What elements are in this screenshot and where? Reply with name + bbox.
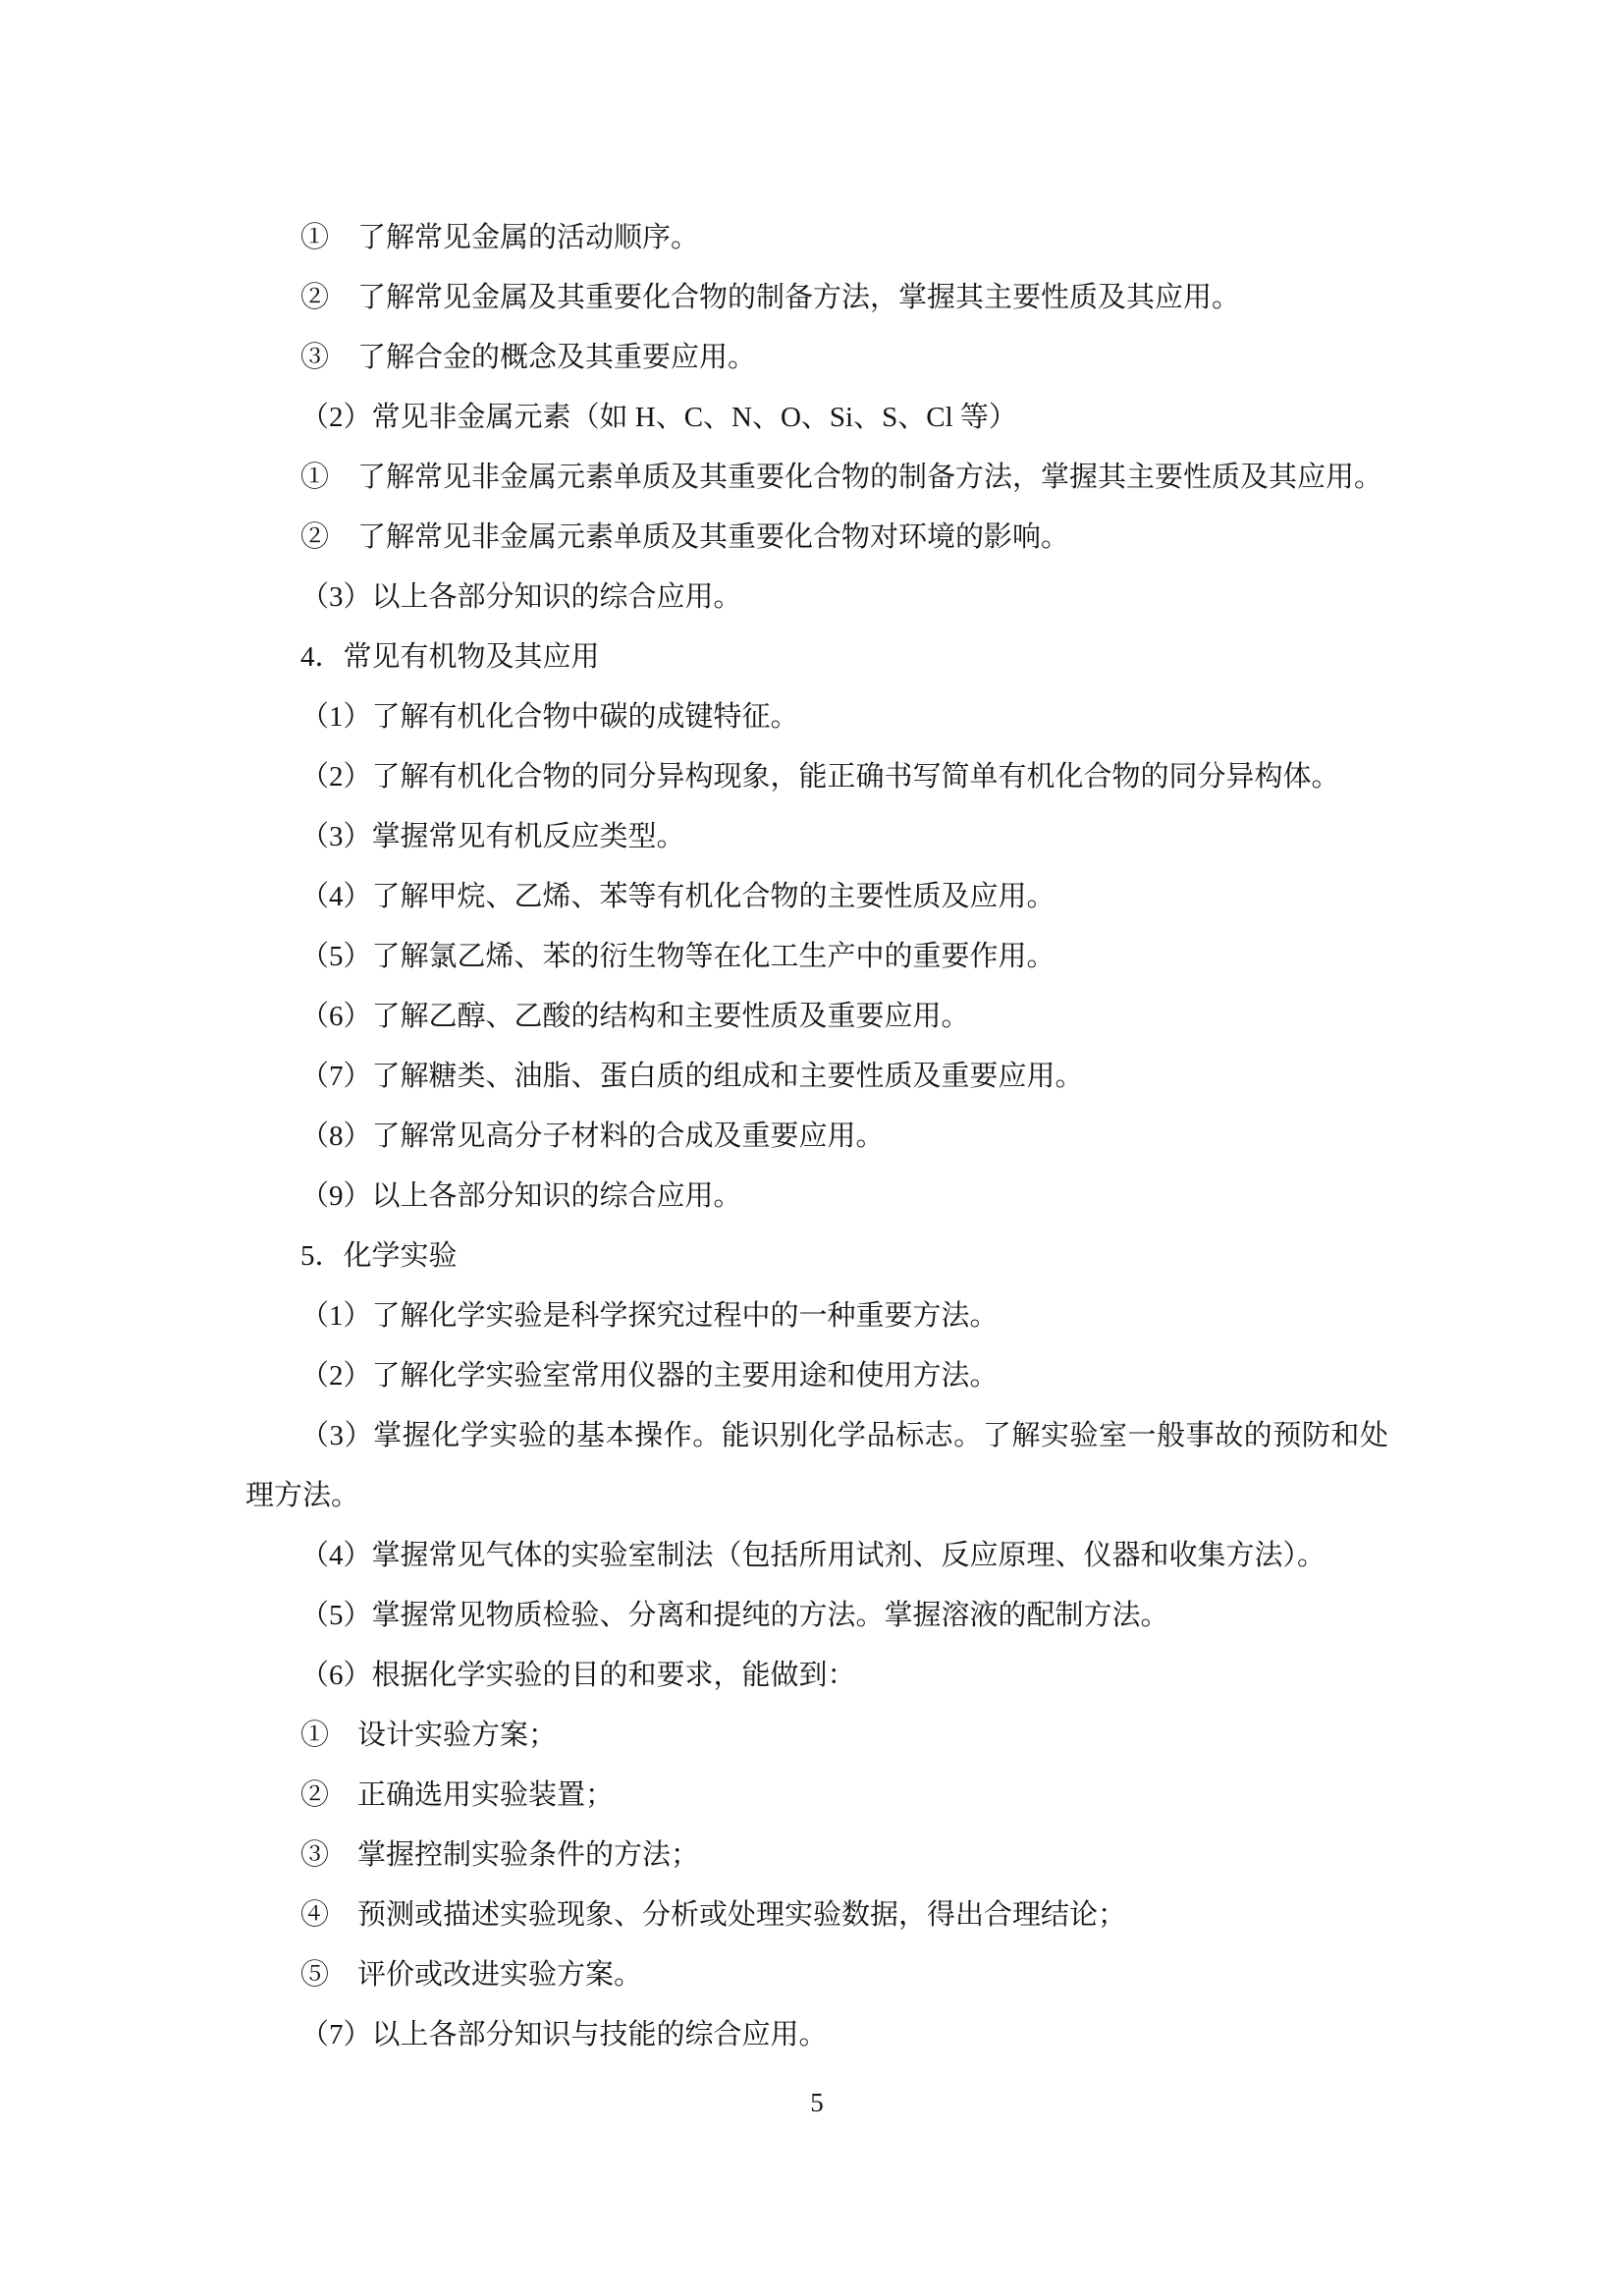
doc-paragraph: （2）了解有机化合物的同分异构现象，能正确书写简单有机化合物的同分异构体。 <box>245 747 1388 807</box>
doc-paragraph: ④ 预测或描述实验现象、分析或处理实验数据，得出合理结论； <box>245 1886 1388 1945</box>
doc-paragraph: （3）掌握化学实验的基本操作。能识别化学品标志。了解实验室一般事故的预防和处理方… <box>245 1406 1388 1526</box>
doc-paragraph: （5）掌握常见物质检验、分离和提纯的方法。掌握溶液的配制方法。 <box>245 1586 1388 1646</box>
doc-paragraph: （9）以上各部分知识的综合应用。 <box>245 1167 1388 1227</box>
doc-paragraph: ① 设计实验方案； <box>245 1706 1388 1766</box>
doc-paragraph: （6）根据化学实验的目的和要求，能做到： <box>245 1646 1388 1706</box>
doc-paragraph: （1）了解化学实验是科学探究过程中的一种重要方法。 <box>245 1286 1388 1346</box>
doc-paragraph: （4）了解甲烷、乙烯、苯等有机化合物的主要性质及应用。 <box>245 867 1388 927</box>
doc-paragraph: ② 了解常见金属及其重要化合物的制备方法，掌握其主要性质及其应用。 <box>245 268 1388 328</box>
document-page: ① 了解常见金属的活动顺序。 ② 了解常见金属及其重要化合物的制备方法，掌握其主… <box>0 0 1623 2296</box>
document-body: ① 了解常见金属的活动顺序。 ② 了解常见金属及其重要化合物的制备方法，掌握其主… <box>245 208 1388 2065</box>
doc-section-heading: 4．常见有机物及其应用 <box>245 628 1388 687</box>
page-number: 5 <box>245 2086 1388 2119</box>
doc-paragraph: ② 正确选用实验装置； <box>245 1766 1388 1826</box>
doc-paragraph: （2）了解化学实验室常用仪器的主要用途和使用方法。 <box>245 1346 1388 1406</box>
doc-paragraph: ⑤ 评价或改进实验方案。 <box>245 1945 1388 2005</box>
doc-section-heading: 5．化学实验 <box>245 1227 1388 1286</box>
doc-paragraph: ③ 了解合金的概念及其重要应用。 <box>245 328 1388 388</box>
doc-paragraph: （7）了解糖类、油脂、蛋白质的组成和主要性质及重要应用。 <box>245 1047 1388 1107</box>
doc-paragraph: （1）了解有机化合物中碳的成键特征。 <box>245 687 1388 747</box>
doc-paragraph: ② 了解常见非金属元素单质及其重要化合物对环境的影响。 <box>245 508 1388 568</box>
doc-paragraph: ③ 掌握控制实验条件的方法； <box>245 1826 1388 1886</box>
doc-paragraph: （3）掌握常见有机反应类型。 <box>245 807 1388 867</box>
doc-paragraph: ① 了解常见非金属元素单质及其重要化合物的制备方法，掌握其主要性质及其应用。 <box>245 448 1388 508</box>
doc-paragraph: （8）了解常见高分子材料的合成及重要应用。 <box>245 1107 1388 1167</box>
doc-paragraph: （2）常见非金属元素（如 H、C、N、O、Si、S、Cl 等） <box>245 388 1388 448</box>
doc-paragraph: （7）以上各部分知识与技能的综合应用。 <box>245 2005 1388 2065</box>
doc-paragraph: （4）掌握常见气体的实验室制法（包括所用试剂、反应原理、仪器和收集方法）。 <box>245 1526 1388 1586</box>
doc-paragraph: （6）了解乙醇、乙酸的结构和主要性质及重要应用。 <box>245 987 1388 1047</box>
doc-paragraph: ① 了解常见金属的活动顺序。 <box>245 208 1388 268</box>
doc-paragraph: （3）以上各部分知识的综合应用。 <box>245 568 1388 628</box>
doc-paragraph: （5）了解氯乙烯、苯的衍生物等在化工生产中的重要作用。 <box>245 927 1388 987</box>
